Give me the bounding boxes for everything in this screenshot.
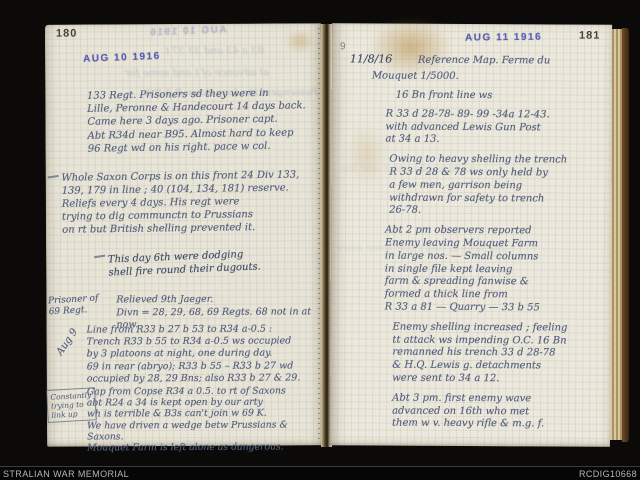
date-stamp-aug-11: AUG 11 1916 bbox=[465, 32, 542, 44]
diary-entry: Owing to heavy shelling the trench R 33 … bbox=[389, 154, 605, 219]
margin-note-prisoner: Prisoner of 69 Regt. bbox=[48, 293, 113, 319]
right-page: AUG 11 1916 181 9 my time allowed it and… bbox=[330, 23, 612, 446]
entry-heading: Mouquet 1/5000. bbox=[372, 70, 459, 81]
item-id: RCDIG10668 bbox=[579, 469, 637, 479]
diary-entry: 16 Bn front line ws bbox=[396, 90, 606, 104]
paper-stain bbox=[345, 123, 387, 187]
diary-entry: This day 6th were dodging shell fire rou… bbox=[108, 246, 289, 279]
mirrored-date-stamp: AUG 10 1916 bbox=[149, 24, 227, 38]
diary-entry: Whole Saxon Corps is on this front 24 Di… bbox=[61, 168, 317, 237]
perforation-dots bbox=[318, 28, 320, 442]
paper-stain bbox=[370, 17, 452, 75]
pencil-mark: 9 bbox=[340, 41, 347, 52]
date-stamp-aug-10: AUG 10 1916 bbox=[83, 51, 161, 65]
left-page: 180 AUG 10 1916 B3 a 43 and 33 37 t al a… bbox=[45, 23, 323, 446]
margin-tick bbox=[48, 175, 59, 179]
entry-date: 11/8/16 bbox=[350, 52, 392, 65]
bleedthrough-line: B3 a 43 and 33 37 t bbox=[165, 46, 265, 58]
left-page-number: 180 bbox=[56, 28, 77, 40]
margin-tick bbox=[94, 255, 105, 259]
margin-note-aug9: Aug 9 bbox=[55, 327, 81, 358]
book-cover-edge bbox=[622, 28, 629, 442]
bleedthrough-line: al advance of t and some for bbox=[125, 68, 269, 80]
paper-stain bbox=[285, 29, 315, 53]
diary-entry: R 33 d 28-78- 89- 99 -34a 12-43. with ad… bbox=[385, 108, 605, 148]
diary-entry: Gap from Copse R34 a 0.5. to rt of Saxon… bbox=[87, 385, 321, 453]
archive-label: STRALIAN WAR MEMORIAL bbox=[3, 469, 129, 479]
diary-entry: Abt 3 pm. first enemy wave advanced on 1… bbox=[392, 392, 604, 432]
right-page-number: 181 bbox=[579, 30, 600, 42]
diary-entry: Abt 2 pm observers reported Enemy leavin… bbox=[385, 225, 605, 316]
diary-entry: Line from R33 b 27 b 53 to R34 a-0.5 : T… bbox=[86, 323, 316, 385]
diary-photo: 180 AUG 10 1916 B3 a 43 and 33 37 t al a… bbox=[0, 0, 640, 480]
image-footer-bar: STRALIAN WAR MEMORIAL RCDIG10668 bbox=[0, 466, 640, 480]
diary-entry: Enemy shelling increased ; feeling tt at… bbox=[392, 321, 604, 386]
diary-entry: 133 Regt. Prisoners sd they were in Lill… bbox=[87, 86, 320, 156]
right-page-text-column: 16 Bn front line ws R 33 d 28-78- 89- 99… bbox=[384, 90, 606, 432]
left-page-edge-stack bbox=[17, 30, 47, 443]
entry-heading: Reference Map. Ferme du bbox=[418, 55, 550, 67]
